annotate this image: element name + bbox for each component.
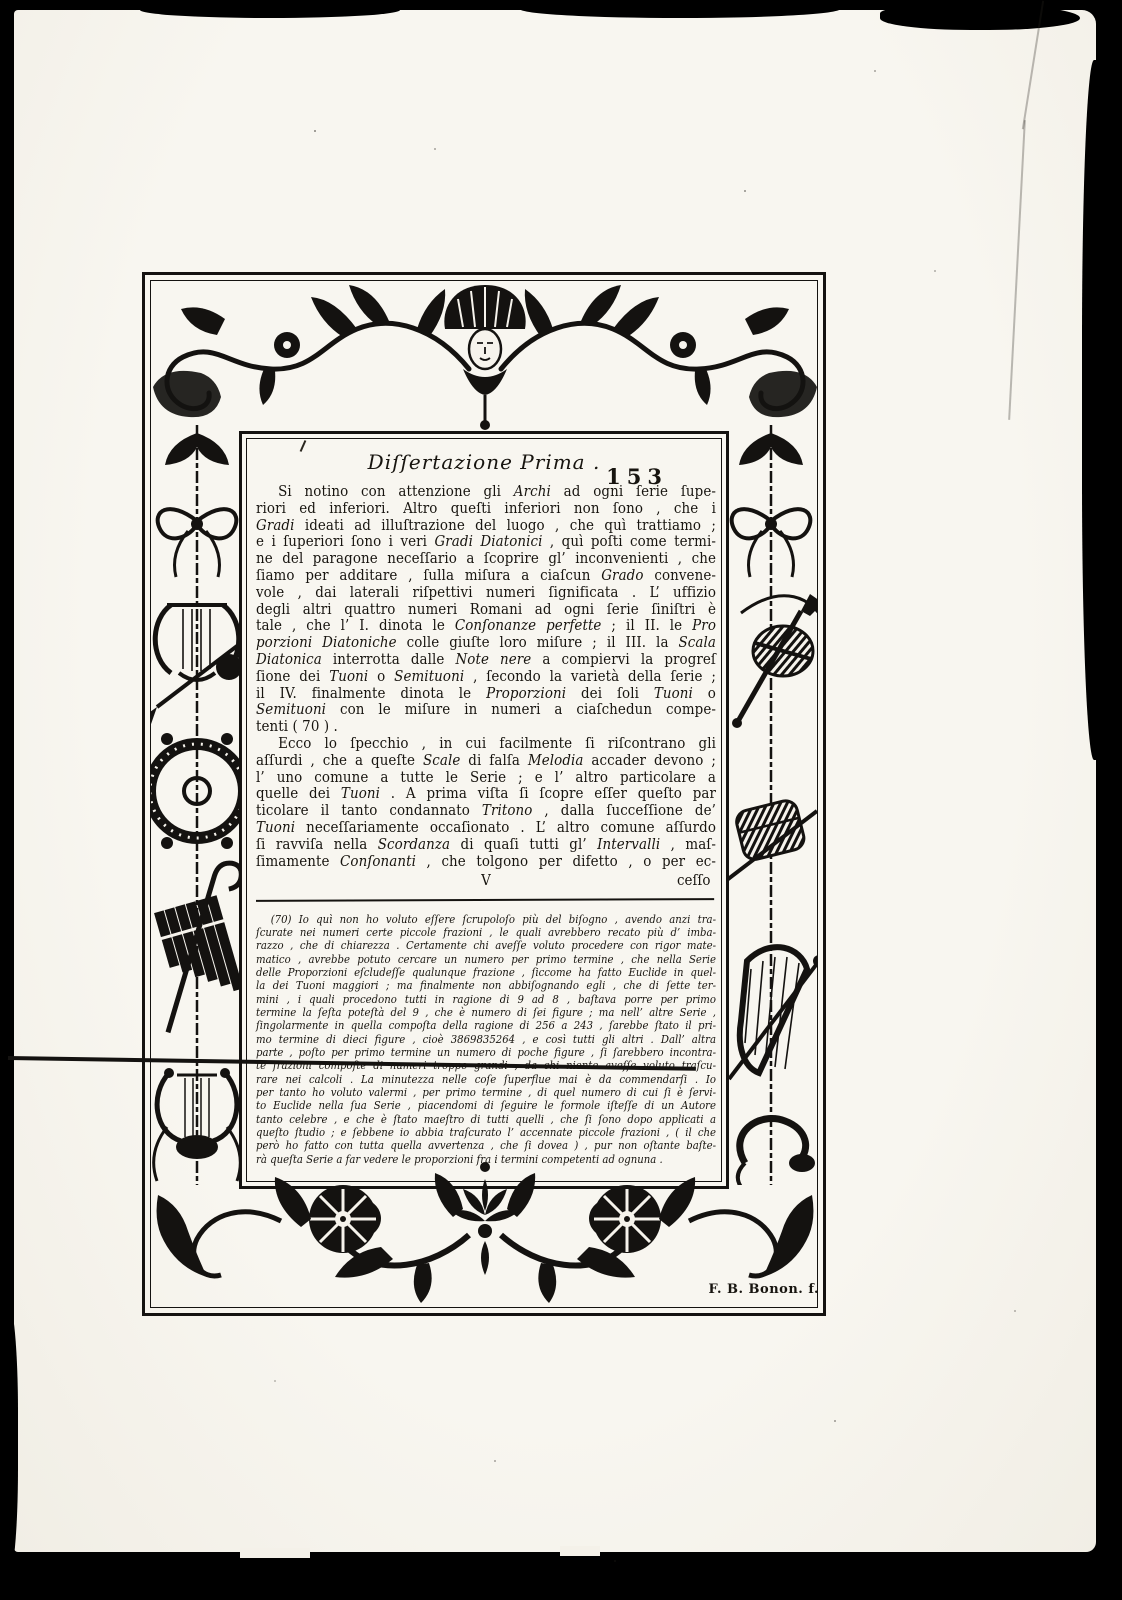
signature-catchword-line: V ceſſo bbox=[256, 872, 716, 890]
catchword: ceſſo bbox=[677, 872, 710, 889]
text-line: rare nei calcoli . La minutezza nelle co… bbox=[256, 1073, 716, 1086]
text-line: rà queſta Serie a far vedere le proporzi… bbox=[256, 1153, 716, 1166]
text-line: ſione dei Tuoni o Semituoni , ſecondo la… bbox=[256, 669, 716, 686]
text-line: ſi ravviſa nella Scordanza di quaſi tutt… bbox=[256, 837, 716, 854]
tambourine-icon bbox=[151, 733, 239, 849]
left-instrument-trophy-ornament bbox=[151, 425, 239, 1185]
scanned-book-page: { "header": { "title": "Diſſertazione Pr… bbox=[0, 0, 1122, 1600]
right-instrument-trophy-ornament bbox=[729, 425, 817, 1185]
paper-speckles bbox=[314, 130, 316, 132]
text-line: razzo , che di chiarezza . Certamente ch… bbox=[256, 939, 716, 952]
body-paragraph-2: Ecco lo ſpecchio , in cui facilmente ſi … bbox=[256, 736, 716, 870]
gathering-signature: V bbox=[256, 872, 716, 889]
harp-icon bbox=[729, 947, 817, 1079]
footnote-block: (70) Io quì non ho voluto eſſere ſcrupol… bbox=[256, 913, 716, 1167]
text-line: aſſurdi , che a queſte Scale di falſa Me… bbox=[256, 753, 716, 770]
text-line: la dei Tuoni maggiori ; ma finalmente no… bbox=[256, 979, 716, 992]
scan-edge bbox=[0, 1300, 18, 1580]
scan-edge-nick bbox=[560, 1546, 600, 1556]
text-line: ſingolarmente in quella compoſta della r… bbox=[256, 1019, 716, 1032]
scan-edge bbox=[140, 2, 400, 18]
text-line: ſimamente Conſonanti , che tolgono per d… bbox=[256, 854, 716, 871]
text-line: tenti ( 70 ) . bbox=[256, 719, 716, 736]
chapter-title: Diſſertazione Prima . bbox=[368, 450, 601, 474]
text-line: vole , dai laterali riſpettivi numeri ſi… bbox=[256, 585, 716, 602]
scan-edge bbox=[520, 0, 840, 18]
text-line: l’ uno comune a tutte le Serie ; e l’ al… bbox=[256, 770, 716, 787]
text-frame: Diſſertazione Prima . 153 Si notino con … bbox=[239, 431, 729, 1189]
text-line: ſcurate nei numeri certe piccole frazion… bbox=[256, 926, 716, 939]
text-line: il IV. finalmente dinota le Proporzioni … bbox=[256, 686, 716, 703]
scan-edge bbox=[880, 4, 1080, 30]
text-line: e i ſuperiori ſono i veri Gradi Diatonic… bbox=[256, 534, 716, 551]
text-line: ſiamo per additare , ſulla miſura a ciaſ… bbox=[256, 568, 716, 585]
text-line: matico , avrebbe potuto cercare un numer… bbox=[256, 953, 716, 966]
text-line: te frazioni compoſte di numeri troppo gr… bbox=[256, 1059, 716, 1072]
text-line: delle Proporzioni eſcludeſſe qualunque f… bbox=[256, 966, 716, 979]
text-line: (70) Io quì non ho voluto eſſere ſcrupol… bbox=[256, 913, 716, 926]
text-line: queſto ſtudio ; e ſebbene io abbia traſc… bbox=[256, 1126, 716, 1139]
text-line: to Euclide nella ſua Serie , piacendomi … bbox=[256, 1099, 716, 1112]
text-line: porzioni Diatoniche colle giuſte loro mi… bbox=[256, 635, 716, 652]
text-line: parte , poſto per primo termine un numer… bbox=[256, 1046, 716, 1059]
body-paragraph-1: Si notino con attenzione gli Archi ad og… bbox=[256, 484, 716, 736]
engraver-signature: F. B. Bonon. f. bbox=[709, 1282, 819, 1297]
text-line: tale , che l’ I. dinota le Conſonanze pe… bbox=[256, 618, 716, 635]
text-line: per tanto ho voluto valermi , per primo … bbox=[256, 1086, 716, 1099]
text-line: Semituoni con le miſure in numeri a ciaſ… bbox=[256, 702, 716, 719]
text-column: Si notino con attenzione gli Archi ad og… bbox=[256, 484, 716, 1166]
text-line: Diatonica interrotta dalle Note nere a c… bbox=[256, 652, 716, 669]
footnote-rule bbox=[256, 898, 714, 902]
text-line: quelle dei Tuoni . A prima viſta ſi ſcop… bbox=[256, 786, 716, 803]
drum-and-stick-icon bbox=[729, 798, 817, 899]
text-line: ticolare il tanto condannato Tritono , d… bbox=[256, 803, 716, 820]
scan-edge-nick bbox=[240, 1548, 310, 1558]
text-line: tanto celebre , e che è ſtato maeſtro di… bbox=[256, 1113, 716, 1126]
engraved-border-plate: Diſſertazione Prima . 153 Si notino con … bbox=[142, 272, 826, 1316]
top-headpiece-ornament bbox=[149, 279, 821, 431]
panpipes-icon bbox=[151, 860, 239, 1032]
text-line: Tuoni neceſſariamente occaſionato . L’ a… bbox=[256, 820, 716, 837]
text-line: mo termine di dieci figure , cioè 386983… bbox=[256, 1033, 716, 1046]
text-line: Gradi ideati ad illuſtrazione del luogo … bbox=[256, 518, 716, 535]
text-line: termine la ſeſta poteſtà del 9 , che è n… bbox=[256, 1006, 716, 1019]
text-line: però ho fatto con tutta quella avvertenz… bbox=[256, 1139, 716, 1152]
lyre-and-horn-icon bbox=[151, 605, 239, 727]
paper-sheet: Diſſertazione Prima . 153 Si notino con … bbox=[14, 10, 1096, 1552]
text-line: mini , i quali procedono tutti in ragion… bbox=[256, 993, 716, 1006]
text-line: riori ed inferiori. Altro queſti inferio… bbox=[256, 501, 716, 518]
text-line: Ecco lo ſpecchio , in cui facilmente ſi … bbox=[256, 736, 716, 753]
trumpet-and-drum-icon bbox=[732, 594, 817, 728]
text-line: degli altri quattro numeri Romani ad ogn… bbox=[256, 602, 716, 619]
running-head: Diſſertazione Prima . 153 bbox=[256, 450, 712, 474]
rosette-flower-icon bbox=[593, 1185, 661, 1253]
text-line: ne del paragone neceſſario a ſcoprire gl… bbox=[256, 551, 716, 568]
text-line: Si notino con attenzione gli Archi ad og… bbox=[256, 484, 716, 501]
scan-edge bbox=[1082, 60, 1112, 760]
